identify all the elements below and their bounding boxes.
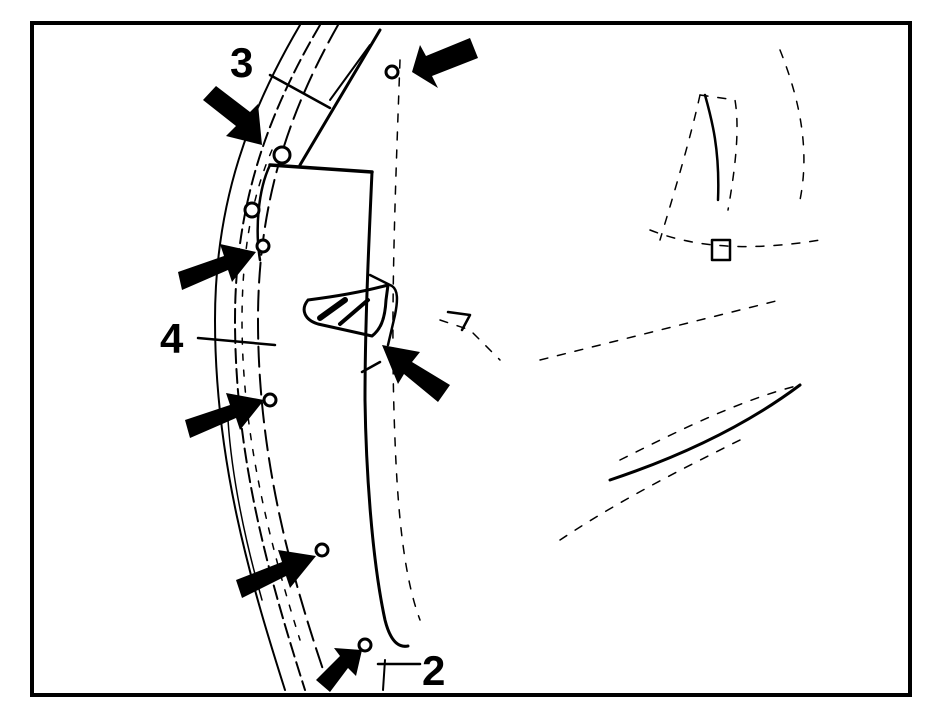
screw (316, 544, 328, 556)
arrow-icon (203, 86, 262, 145)
screw (359, 639, 371, 651)
arrow-icon (316, 648, 362, 692)
callout-label-2: 2 (422, 650, 445, 692)
callout-label-3: 3 (230, 42, 253, 84)
arrow-icon (382, 345, 450, 402)
arrow-icon (185, 393, 264, 438)
callout-label-4: 4 (160, 318, 183, 360)
leader-4 (198, 338, 275, 345)
arrows (178, 38, 478, 692)
pillar-frame (215, 25, 338, 690)
screw (274, 147, 290, 163)
screw (245, 203, 259, 217)
screw (264, 394, 276, 406)
grab-handle (304, 275, 397, 372)
trim-panel-illustration (0, 0, 928, 720)
background-bracket (448, 95, 730, 330)
arrow-icon (412, 38, 478, 88)
background-interior (393, 50, 820, 620)
screw (257, 240, 269, 252)
screw (386, 66, 398, 78)
